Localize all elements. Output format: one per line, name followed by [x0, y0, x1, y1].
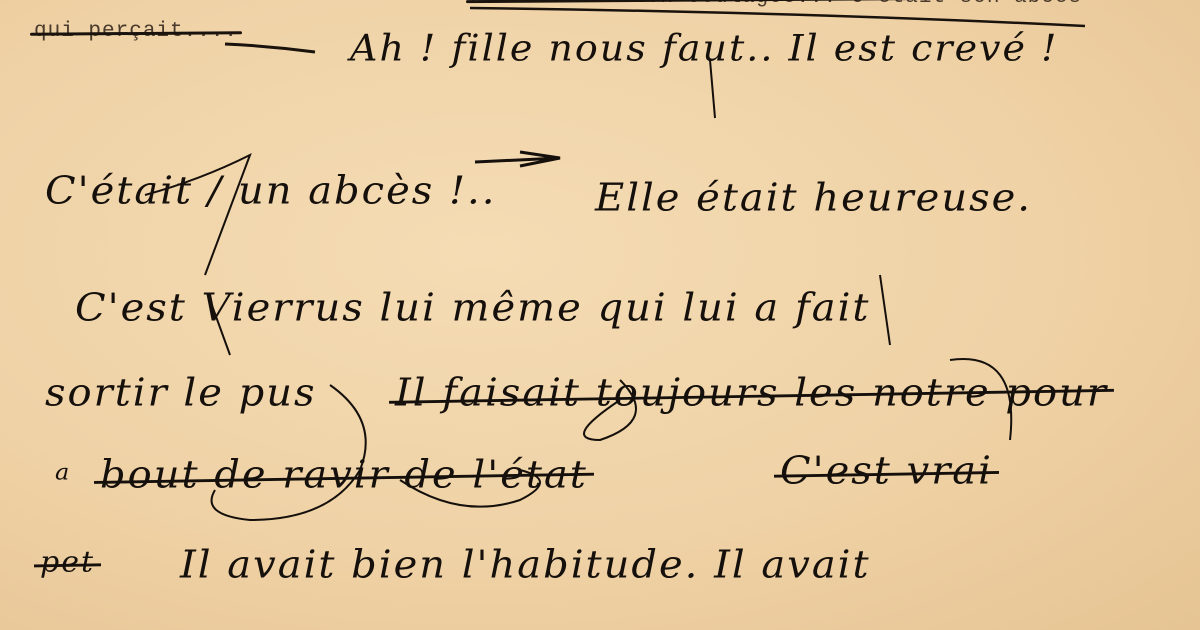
- typed-line-2: qui perçait....: [34, 20, 238, 43]
- typed-text-struck: qui perçait....: [34, 20, 238, 43]
- handwritten-line-struck: C'est vrai: [780, 449, 993, 493]
- handwritten-line: a: [55, 459, 71, 486]
- handwritten-line-struck: pet: [40, 546, 95, 579]
- handwritten-line: C'est Vierrus lui même qui lui a fait: [75, 286, 870, 330]
- ink-underline: [225, 44, 315, 52]
- handwritten-line: sortir le pus: [45, 371, 317, 415]
- arrow-mark-icon: [475, 152, 560, 166]
- handwritten-line-struck: Il faisait toujours les notre pour: [395, 371, 1108, 415]
- ink-stroke: [880, 275, 890, 345]
- manuscript-page: Elle était bien soulagée... C'était son …: [0, 0, 1200, 630]
- handwritten-line: Ah ! fille nous faut.. Il est crevé !: [350, 27, 1058, 69]
- handwritten-line: Il avait bien l'habitude. Il avait: [180, 543, 871, 587]
- ink-strike: [470, 8, 1085, 26]
- handwritten-line-struck: bout de ravir de l'état: [100, 453, 588, 497]
- typed-text-struck: Elle était bien soulagée... C'était son …: [470, 0, 1082, 9]
- handwritten-line: Elle était heureuse.: [595, 176, 1032, 220]
- handwritten-line: C'était / un abcès !..: [45, 169, 496, 213]
- typed-line-1: Elle était bien soulagée... C'était son …: [470, 0, 1082, 9]
